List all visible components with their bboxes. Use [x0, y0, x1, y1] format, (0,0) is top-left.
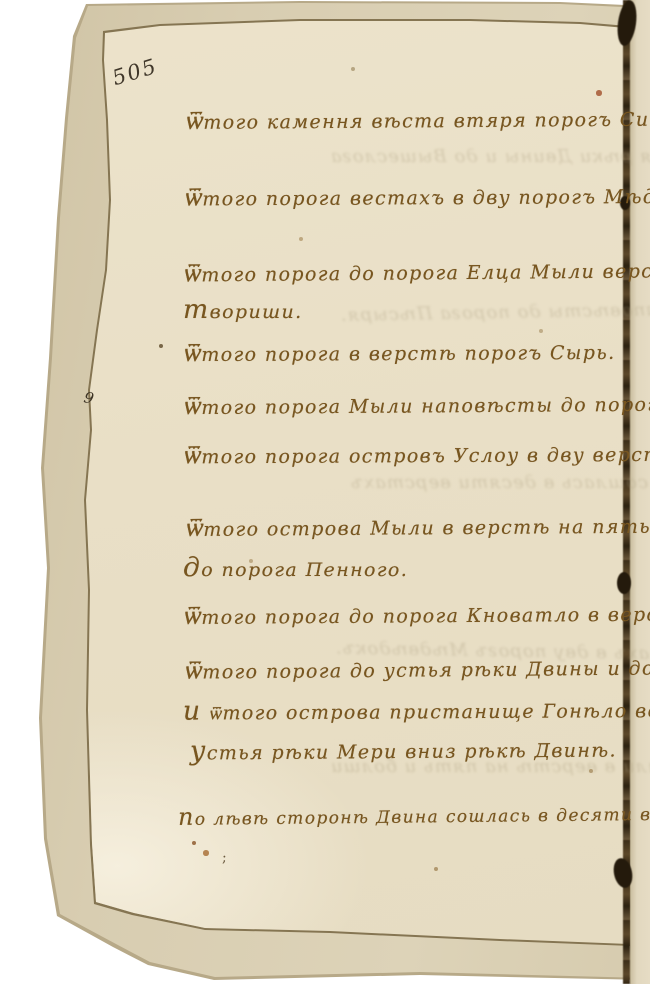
- handwriting-line: устья рѣки Мери вниз рѣкѣ Двинѣ.: [190, 733, 617, 767]
- handwriting-line: ѿтого порога островъ Услоу в дву верстах…: [183, 437, 650, 471]
- handwriting-line: до порога Пенного.: [183, 552, 408, 583]
- handwriting-line: ѿтого камення вѣста втяря порогъ Ситовец…: [185, 101, 650, 136]
- handwriting-line: и ѿтого острова пристанище Гонѣло верстъ…: [183, 692, 650, 726]
- handwriting-line: по лѣвѣ сторонѣ Двина сошлась в десяти в…: [178, 797, 650, 831]
- binding-thread-knot: [617, 572, 631, 594]
- handwriting-line: ѿтого острова Мыли в верстѣ на пять и бо…: [185, 508, 650, 543]
- handwriting-line: твориши.: [183, 294, 303, 325]
- manuscript-photo: ѿтого порога до устья рѣки Двины и до Вы…: [0, 0, 650, 984]
- adjacent-page-strip: [630, 0, 650, 984]
- handwriting-line: ѿтого порога в верстѣ порогъ Сырь.: [183, 335, 616, 368]
- handwriting-line: ѿтого порога до порога Елца Мыли верстын…: [183, 252, 650, 288]
- handwriting-line: ѿтого порога до устья рѣки Двины и до Вы…: [184, 649, 650, 685]
- handwriting-line: ѿтого порога Мыли наповѣсты до порога Пѣ…: [183, 386, 650, 421]
- footer-punctuation-mark: ;: [222, 850, 227, 866]
- handwriting-line: ѿтого порога вестахъ в дву порогъ Мѣдвѣд…: [184, 179, 650, 213]
- binding-seam: [623, 0, 630, 984]
- foxing-spots: [0, 0, 2, 2]
- handwriting-line: ѿтого порога до порога Кноватло в верстѣ…: [183, 596, 650, 631]
